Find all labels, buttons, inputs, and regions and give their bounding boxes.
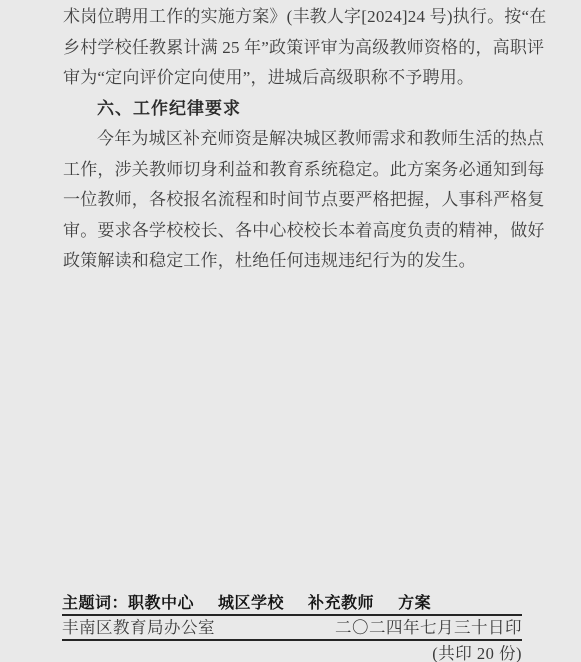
body-line: 审为“定向评价定向使用”，进城后高级职称不予聘用。	[63, 63, 521, 94]
subject-label: 主题词：	[62, 594, 128, 613]
body-line: 一位教师，各校报名流程和时间节点要严格把握，人事科严格复	[63, 185, 521, 216]
document-footer: 主题词： 职教中心 城区学校 补充教师 方案 丰南区教育局办公室 二〇二四年七月…	[62, 594, 522, 662]
section-heading: 六、工作纪律要求	[63, 94, 521, 125]
body-line: 政策解读和稳定工作，杜绝任何违规违纪行为的发生。	[63, 246, 521, 277]
issuing-office: 丰南区教育局办公室	[62, 619, 215, 637]
print-date: 二〇二四年七月三十日印	[335, 619, 522, 637]
subject-terms: 职教中心 城区学校 补充教师 方案	[128, 594, 431, 613]
issuer-row: 丰南区教育局办公室 二〇二四年七月三十日印	[62, 616, 522, 641]
body-line: 术岗位聘用工作的实施方案》(丰教人字[2024]24 号)执行。按“在	[63, 2, 521, 33]
body-line: 审。要求各学校校长、各中心校校长本着高度负责的精神，做好	[63, 216, 521, 247]
copies-note: (共印 20 份)	[62, 641, 522, 662]
document-body: 术岗位聘用工作的实施方案》(丰教人字[2024]24 号)执行。按“在 乡村学校…	[63, 2, 521, 277]
subject-keywords-row: 主题词： 职教中心 城区学校 补充教师 方案	[62, 594, 522, 616]
subject-term: 城区学校	[218, 594, 284, 613]
body-line: 今年为城区补充师资是解决城区教师需求和教师生活的热点	[63, 124, 521, 155]
document-page: 术岗位聘用工作的实施方案》(丰教人字[2024]24 号)执行。按“在 乡村学校…	[0, 0, 581, 662]
body-line: 乡村学校任教累计满 25 年”政策评审为高级教师资格的，高职评	[63, 33, 521, 64]
subject-term: 补充教师	[308, 594, 374, 613]
subject-term: 方案	[398, 594, 431, 613]
subject-term: 职教中心	[128, 594, 194, 613]
body-line: 工作，涉关教师切身利益和教育系统稳定。此方案务必通知到每	[63, 155, 521, 186]
